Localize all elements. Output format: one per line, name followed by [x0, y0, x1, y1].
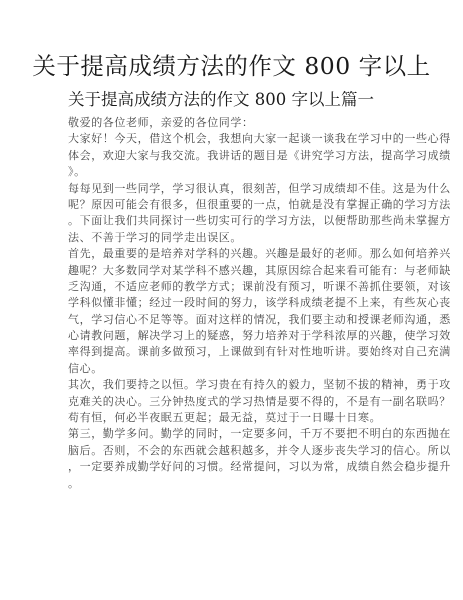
- text-line: 体会，欢迎大家与我交流。我讲话的题目是《讲究学习方法，提高学习成绩: [68, 148, 398, 164]
- text-line: 。: [68, 476, 398, 492]
- text-line: 气，学习信心不足等等。面对这样的情况，我们要主动和授课老师沟通，悉: [68, 312, 398, 328]
- text-line: 法、不善于学习的同学走出误区。: [68, 230, 398, 246]
- document-title: 关于提高成绩方法的作文 800 字以上: [0, 52, 463, 80]
- text-line: ，一定要养成勤学好问的习惯。经常提问，习以为常，成绩自然会稳步提升: [68, 459, 398, 475]
- text-line: 心请教问题，解决学习上的疑惑，努力培养对于学科浓厚的兴趣，使学习效: [68, 328, 398, 344]
- text-line: 其次，我们要持之以恒。学习贵在有持久的毅力，坚韧不拔的精神，勇于攻: [68, 377, 398, 393]
- text-line: 乏沟通，不适应老师的教学方式；课前没有预习，听课不善抓住要领，对该: [68, 279, 398, 295]
- text-line: 。下面让我们共同探讨一些切实可行的学习方法，以便帮助那些尚未掌握方: [68, 213, 398, 229]
- text-line: 率得到提高。课前多做预习，上课做到有针对性地听讲。要始终对自己充满: [68, 344, 398, 360]
- text-line: 脑后。否则，不会的东西就会越积越多，并令人逐步丧失学习的信心。所以: [68, 443, 398, 459]
- text-line: 呢？原因可能会有很多，但很重要的一点，怕就是没有掌握正确的学习方法: [68, 197, 398, 213]
- text-line: 第三，勤学多问。勤学的同时，一定要多问，千万不要把不明白的东西抛在: [68, 426, 398, 442]
- text-line: 克难关的决心。三分钟热度式的学习热情是要不得的，不是有一副名联吗？: [68, 394, 398, 410]
- text-line: 趣呢？大多数同学对某学科不感兴趣，其原因综合起来看可能有：与老师缺: [68, 263, 398, 279]
- text-line: 敬爱的各位老师，亲爱的各位同学：: [68, 115, 398, 131]
- text-line: 》。: [68, 164, 398, 180]
- document-body: 敬爱的各位老师，亲爱的各位同学： 大家好！今天，借这个机会，我想向大家一起谈一谈…: [68, 115, 398, 492]
- text-line: 每每见到一些同学，学习很认真，很刻苦，但学习成绩却不佳。这是为什么: [68, 181, 398, 197]
- text-line: 信心。: [68, 361, 398, 377]
- text-line: 学科似懂非懂；经过一段时间的努力，该学科成绩老提不上来，有些灰心丧: [68, 295, 398, 311]
- text-line: 大家好！今天，借这个机会，我想向大家一起谈一谈我在学习中的一些心得: [68, 131, 398, 147]
- text-line: 苟有恒，何必半夜眠五更起；最无益，莫过于一日曝十日寒。: [68, 410, 398, 426]
- text-line: 首先，最重要的是培养对学科的兴趣。兴趣是最好的老师。那么如何培养兴: [68, 246, 398, 262]
- section-heading: 关于提高成绩方法的作文 800 字以上篇一: [68, 90, 374, 110]
